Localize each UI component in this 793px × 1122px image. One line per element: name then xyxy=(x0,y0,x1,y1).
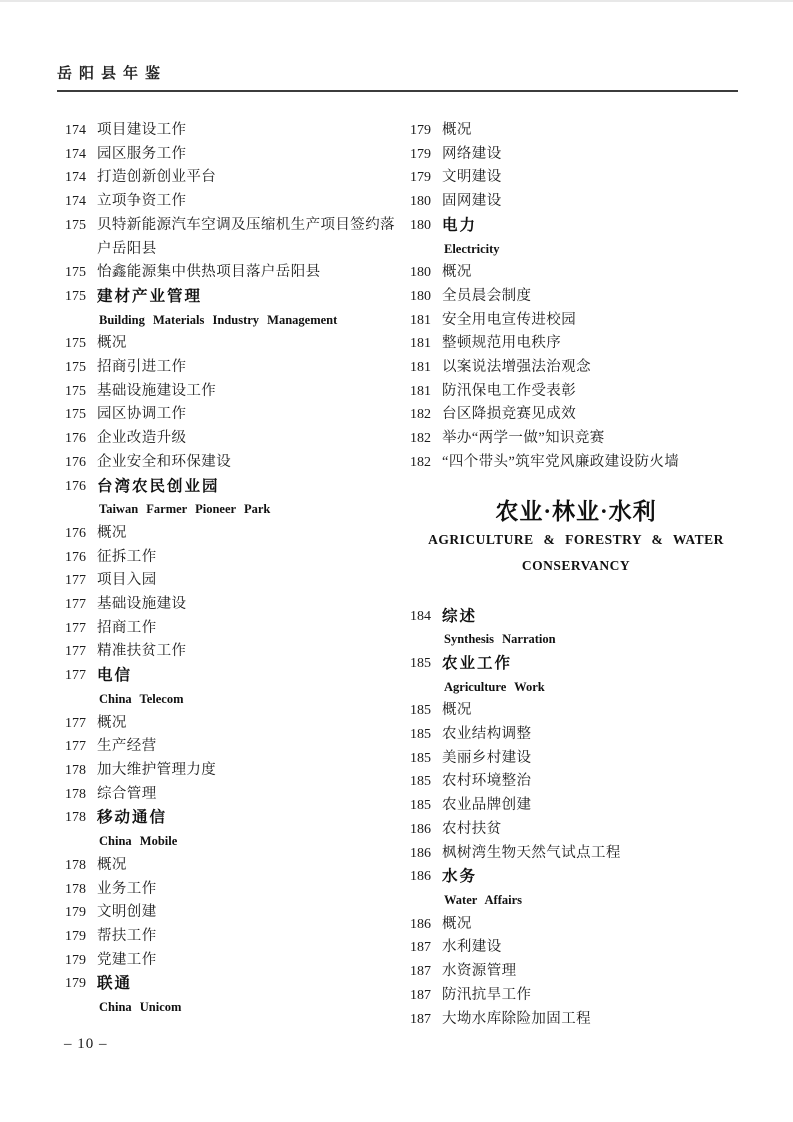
toc-entry-row: 176企业改造升级 xyxy=(65,427,397,451)
toc-entry-row: 187水利建设 xyxy=(410,936,742,960)
toc-entry-row: 180固网建设 xyxy=(410,190,742,214)
toc-entry-title: 农村环境整治 xyxy=(442,770,742,794)
page-number-footer: – 10 – xyxy=(64,1036,108,1053)
toc-page-number: 186 xyxy=(410,865,442,889)
toc-page-number: 180 xyxy=(410,214,442,238)
toc-entry-title: 概况 xyxy=(97,332,397,356)
toc-entry-row: 175怡鑫能源集中供热项目落户岳阳县 xyxy=(65,261,397,285)
toc-page-number: 174 xyxy=(65,190,97,214)
toc-page-number: 175 xyxy=(65,332,97,356)
toc-entry-row: 177项目入园 xyxy=(65,569,397,593)
toc-entry-row: 179概况 xyxy=(410,119,742,143)
section-banner-title: 农业·林业·水利 xyxy=(410,497,742,527)
scan-edge xyxy=(0,0,793,2)
toc-entry-title: 农业品牌创建 xyxy=(442,794,742,818)
section-banner: 农业·林业·水利AGRICULTURE & FORESTRY & WATERCO… xyxy=(410,497,742,579)
toc-entry-row: 177精准扶贫工作 xyxy=(65,640,397,664)
toc-entry-title: 项目建设工作 xyxy=(97,119,397,143)
toc-page-number: 175 xyxy=(65,214,97,238)
toc-page-number: 177 xyxy=(65,640,97,664)
toc-entry-title: 水资源管理 xyxy=(442,960,742,984)
toc-entry-row: 174立项争资工作 xyxy=(65,190,397,214)
toc-section-subtitle-en: China Unicom xyxy=(99,996,397,1020)
toc-entry-row: 186农村扶贫 xyxy=(410,818,742,842)
toc-entry-row: 182“四个带头”筑牢党风廉政建设防火墙 xyxy=(410,451,742,475)
toc-page-number: 179 xyxy=(65,901,97,925)
toc-entry-row: 185农村环境整治 xyxy=(410,770,742,794)
toc-entry-row: 177招商工作 xyxy=(65,617,397,641)
toc-entry-title: 怡鑫能源集中供热项目落户岳阳县 xyxy=(97,261,397,285)
toc-page-number: 177 xyxy=(65,735,97,759)
toc-entry-row: 176企业安全和环保建设 xyxy=(65,451,397,475)
toc-page-number: 185 xyxy=(410,723,442,747)
toc-entry-row: 181安全用电宣传进校园 xyxy=(410,309,742,333)
header-rule xyxy=(57,90,738,92)
toc-entry-title: 文明建设 xyxy=(442,166,742,190)
toc-page-number: 187 xyxy=(410,1008,442,1032)
toc-section-heading: 电力 xyxy=(442,214,742,238)
toc-entry-title: 农业结构调整 xyxy=(442,723,742,747)
page-header-title: 岳阳县年鉴 xyxy=(57,62,167,83)
toc-entry-title: 整顿规范用电秩序 xyxy=(442,332,742,356)
toc-entry-title: 帮扶工作 xyxy=(97,925,397,949)
toc-page-number: 181 xyxy=(410,356,442,380)
toc-section-subtitle-en: China Mobile xyxy=(99,830,397,854)
toc-page-number: 185 xyxy=(410,770,442,794)
toc-page-number: 185 xyxy=(410,747,442,771)
toc-section-heading: 综述 xyxy=(442,605,742,629)
toc-entry-row: 175园区协调工作 xyxy=(65,403,397,427)
toc-entry-row: 185农业品牌创建 xyxy=(410,794,742,818)
toc-entry-title: 举办“两学一做”知识竞赛 xyxy=(442,427,742,451)
toc-page-number: 180 xyxy=(410,285,442,309)
toc-entry-title: 概况 xyxy=(442,261,742,285)
toc-page-number: 179 xyxy=(65,949,97,973)
toc-entry-title: 征拆工作 xyxy=(97,546,397,570)
toc-entry-row: 187水资源管理 xyxy=(410,960,742,984)
toc-page-number: 186 xyxy=(410,818,442,842)
toc-entry-row: 177概况 xyxy=(65,712,397,736)
toc-page-number: 175 xyxy=(65,380,97,404)
toc-entry-row: 178概况 xyxy=(65,854,397,878)
toc-entry-title: 立项争资工作 xyxy=(97,190,397,214)
toc-entry-title: 综合管理 xyxy=(97,783,397,807)
toc-entry-row: 178加大维护管理力度 xyxy=(65,759,397,783)
toc-section-subtitle-en: Agriculture Work xyxy=(444,676,742,700)
toc-entry-title: 加大维护管理力度 xyxy=(97,759,397,783)
toc-page-number: 187 xyxy=(410,960,442,984)
toc-entry-title: “四个带头”筑牢党风廉政建设防火墙 xyxy=(442,451,742,475)
toc-section-heading: 移动通信 xyxy=(97,806,397,830)
toc-column-right: 179概况179网络建设179文明建设180固网建设180电力Electrici… xyxy=(410,119,742,1031)
toc-page-number: 174 xyxy=(65,166,97,190)
toc-entry-title: 企业改造升级 xyxy=(97,427,397,451)
toc-entry-row: 185美丽乡村建设 xyxy=(410,747,742,771)
toc-page-number: 178 xyxy=(65,783,97,807)
toc-entry-title: 精准扶贫工作 xyxy=(97,640,397,664)
toc-section-heading: 建材产业管理 xyxy=(97,285,397,309)
toc-page-number: 180 xyxy=(410,261,442,285)
toc-entry-title: 企业安全和环保建设 xyxy=(97,451,397,475)
toc-section-heading: 农业工作 xyxy=(442,652,742,676)
toc-page-number: 186 xyxy=(410,913,442,937)
toc-section-subtitle-en: China Telecom xyxy=(99,688,397,712)
toc-entry-title: 美丽乡村建设 xyxy=(442,747,742,771)
toc-entry-title: 概况 xyxy=(97,854,397,878)
toc-entry-row: 177基础设施建设 xyxy=(65,593,397,617)
toc-entry-title: 招商引进工作 xyxy=(97,356,397,380)
toc-section-row: 184综述 xyxy=(410,605,742,629)
toc-section-heading: 联通 xyxy=(97,972,397,996)
toc-section-subtitle-en: Synthesis Narration xyxy=(444,628,742,652)
toc-entry-row: 180全员晨会制度 xyxy=(410,285,742,309)
toc-page-number: 178 xyxy=(65,806,97,830)
toc-entry-row: 175基础设施建设工作 xyxy=(65,380,397,404)
toc-entry-row: 182举办“两学一做”知识竞赛 xyxy=(410,427,742,451)
toc-entry-title: 固网建设 xyxy=(442,190,742,214)
toc-page-number: 182 xyxy=(410,427,442,451)
toc-page-number: 182 xyxy=(410,403,442,427)
toc-entry-row: 185概况 xyxy=(410,699,742,723)
toc-entry-row: 179党建工作 xyxy=(65,949,397,973)
toc-entry-row: 181以案说法增强法治观念 xyxy=(410,356,742,380)
toc-section-heading: 水务 xyxy=(442,865,742,889)
toc-page-number: 180 xyxy=(410,190,442,214)
toc-page-number: 181 xyxy=(410,309,442,333)
toc-entry-row: 179文明建设 xyxy=(410,166,742,190)
toc-entry-title: 贝特新能源汽车空调及压缩机生产项目签约落户岳阳县 xyxy=(97,214,397,261)
toc-page-number: 177 xyxy=(65,569,97,593)
toc-section-heading: 电信 xyxy=(97,664,397,688)
toc-page-number: 177 xyxy=(65,593,97,617)
toc-page-number: 181 xyxy=(410,380,442,404)
toc-entry-row: 178综合管理 xyxy=(65,783,397,807)
toc-entry-title: 防汛保电工作受表彰 xyxy=(442,380,742,404)
toc-page-number: 185 xyxy=(410,652,442,676)
toc-entry-title: 枫树湾生物天然气试点工程 xyxy=(442,842,742,866)
toc-entry-row: 176概况 xyxy=(65,522,397,546)
toc-entry-title: 基础设施建设工作 xyxy=(97,380,397,404)
toc-page-number: 178 xyxy=(65,759,97,783)
toc-page-number: 178 xyxy=(65,854,97,878)
toc-entry-title: 基础设施建设 xyxy=(97,593,397,617)
toc-page-number: 176 xyxy=(65,427,97,451)
toc-entry-row: 179网络建设 xyxy=(410,143,742,167)
toc-entry-title: 农村扶贫 xyxy=(442,818,742,842)
toc-section-row: 178移动通信 xyxy=(65,806,397,830)
toc-page-number: 176 xyxy=(65,522,97,546)
yearbook-toc-page: 岳阳县年鉴 174项目建设工作174园区服务工作174打造创新创业平台174立项… xyxy=(0,0,793,1122)
section-banner-subtitle-en: CONSERVANCY xyxy=(410,553,742,579)
toc-entry-title: 文明创建 xyxy=(97,901,397,925)
toc-page-number: 179 xyxy=(65,972,97,996)
toc-entry-title: 全员晨会制度 xyxy=(442,285,742,309)
toc-entry-row: 176征拆工作 xyxy=(65,546,397,570)
toc-entry-row: 177生产经营 xyxy=(65,735,397,759)
toc-entry-title: 水利建设 xyxy=(442,936,742,960)
toc-section-row: 175建材产业管理 xyxy=(65,285,397,309)
toc-page-number: 187 xyxy=(410,936,442,960)
toc-entry-row: 186概况 xyxy=(410,913,742,937)
toc-entry-row: 181整顿规范用电秩序 xyxy=(410,332,742,356)
toc-entry-title: 以案说法增强法治观念 xyxy=(442,356,742,380)
toc-entry-title: 安全用电宣传进校园 xyxy=(442,309,742,333)
toc-entry-row: 175贝特新能源汽车空调及压缩机生产项目签约落户岳阳县 xyxy=(65,214,397,261)
toc-entry-title: 项目入园 xyxy=(97,569,397,593)
toc-entry-row: 181防汛保电工作受表彰 xyxy=(410,380,742,404)
toc-entry-row: 187防汛抗旱工作 xyxy=(410,984,742,1008)
toc-page-number: 181 xyxy=(410,332,442,356)
toc-page-number: 186 xyxy=(410,842,442,866)
toc-page-number: 184 xyxy=(410,605,442,629)
toc-entry-row: 174项目建设工作 xyxy=(65,119,397,143)
toc-section-row: 176台湾农民创业园 xyxy=(65,475,397,499)
toc-page-number: 177 xyxy=(65,664,97,688)
toc-entry-row: 178业务工作 xyxy=(65,878,397,902)
toc-entry-row: 174打造创新创业平台 xyxy=(65,166,397,190)
toc-entry-title: 概况 xyxy=(97,522,397,546)
section-banner-subtitle-en: AGRICULTURE & FORESTRY & WATER xyxy=(410,527,742,553)
toc-section-heading: 台湾农民创业园 xyxy=(97,475,397,499)
toc-entry-row: 175招商引进工作 xyxy=(65,356,397,380)
toc-page-number: 179 xyxy=(410,143,442,167)
toc-page-number: 176 xyxy=(65,475,97,499)
toc-entry-title: 防汛抗旱工作 xyxy=(442,984,742,1008)
toc-entry-title: 概况 xyxy=(442,913,742,937)
toc-entry-row: 186枫树湾生物天然气试点工程 xyxy=(410,842,742,866)
toc-page-number: 182 xyxy=(410,451,442,475)
toc-page-number: 187 xyxy=(410,984,442,1008)
toc-section-subtitle-en: Building Materials Industry Management xyxy=(99,309,397,333)
toc-page-number: 178 xyxy=(65,878,97,902)
toc-entry-title: 网络建设 xyxy=(442,143,742,167)
toc-page-number: 175 xyxy=(65,285,97,309)
toc-page-number: 185 xyxy=(410,794,442,818)
toc-page-number: 175 xyxy=(65,403,97,427)
toc-entry-row: 174园区服务工作 xyxy=(65,143,397,167)
toc-entry-title: 概况 xyxy=(97,712,397,736)
toc-page-number: 174 xyxy=(65,143,97,167)
toc-entry-row: 187大坳水库除险加固工程 xyxy=(410,1008,742,1032)
toc-section-row: 177电信 xyxy=(65,664,397,688)
toc-entry-title: 园区协调工作 xyxy=(97,403,397,427)
toc-entry-row: 182台区降损竞赛见成效 xyxy=(410,403,742,427)
toc-page-number: 179 xyxy=(410,119,442,143)
toc-entry-title: 党建工作 xyxy=(97,949,397,973)
toc-page-number: 176 xyxy=(65,451,97,475)
toc-section-row: 179联通 xyxy=(65,972,397,996)
toc-entry-title: 打造创新创业平台 xyxy=(97,166,397,190)
toc-entry-title: 概况 xyxy=(442,699,742,723)
toc-entry-row: 175概况 xyxy=(65,332,397,356)
toc-entry-title: 园区服务工作 xyxy=(97,143,397,167)
toc-section-subtitle-en: Taiwan Farmer Pioneer Park xyxy=(99,498,397,522)
toc-page-number: 185 xyxy=(410,699,442,723)
toc-page-number: 174 xyxy=(65,119,97,143)
toc-entry-title: 大坳水库除险加固工程 xyxy=(442,1008,742,1032)
toc-entry-title: 业务工作 xyxy=(97,878,397,902)
toc-page-number: 179 xyxy=(410,166,442,190)
toc-section-subtitle-en: Electricity xyxy=(444,238,742,262)
toc-section-subtitle-en: Water Affairs xyxy=(444,889,742,913)
toc-section-row: 186水务 xyxy=(410,865,742,889)
toc-entry-title: 台区降损竞赛见成效 xyxy=(442,403,742,427)
toc-entry-title: 概况 xyxy=(442,119,742,143)
toc-entry-title: 生产经营 xyxy=(97,735,397,759)
toc-entry-row: 180概况 xyxy=(410,261,742,285)
toc-entry-row: 179文明创建 xyxy=(65,901,397,925)
toc-section-row: 180电力 xyxy=(410,214,742,238)
toc-section-row: 185农业工作 xyxy=(410,652,742,676)
toc-page-number: 175 xyxy=(65,261,97,285)
toc-page-number: 177 xyxy=(65,712,97,736)
toc-entry-row: 179帮扶工作 xyxy=(65,925,397,949)
toc-page-number: 177 xyxy=(65,617,97,641)
toc-page-number: 179 xyxy=(65,925,97,949)
toc-page-number: 175 xyxy=(65,356,97,380)
toc-entry-row: 185农业结构调整 xyxy=(410,723,742,747)
toc-entry-title: 招商工作 xyxy=(97,617,397,641)
toc-column-left: 174项目建设工作174园区服务工作174打造创新创业平台174立项争资工作17… xyxy=(65,119,397,1020)
toc-page-number: 176 xyxy=(65,546,97,570)
